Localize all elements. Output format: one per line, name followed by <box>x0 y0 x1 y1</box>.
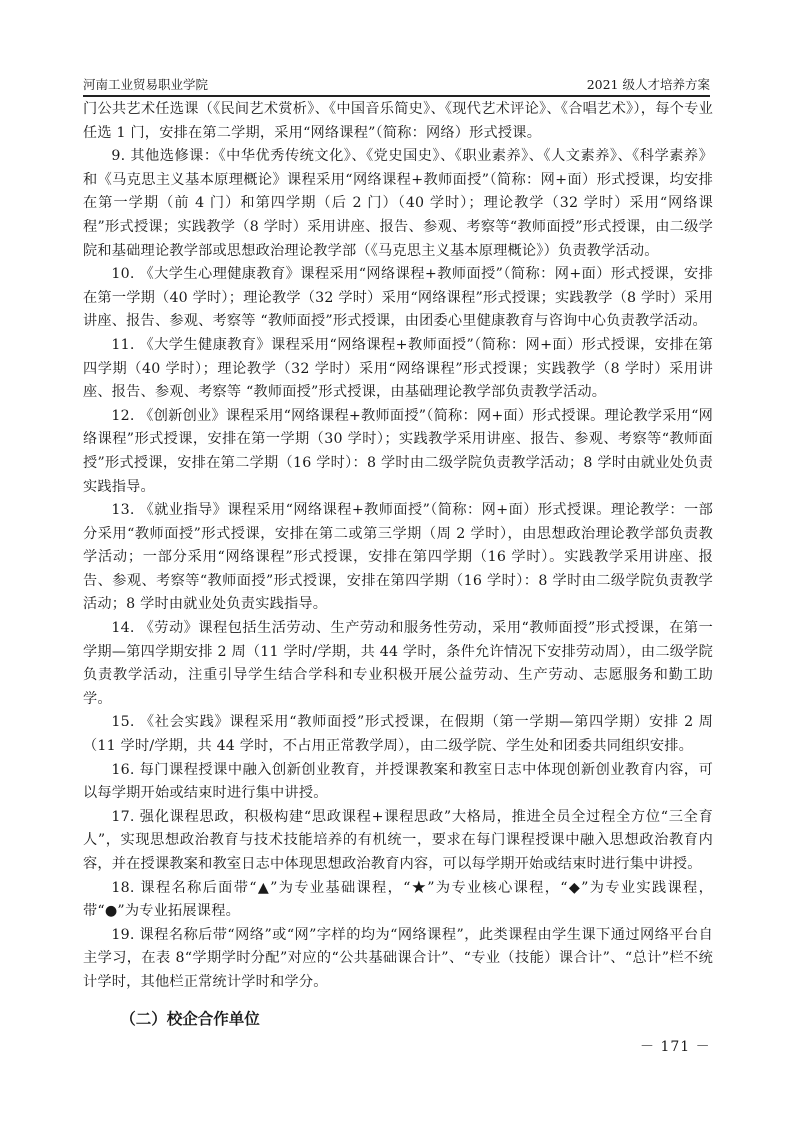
paragraph-item-18: 18. 课程名称后面带“▲”为专业基础课程，“★”为专业核心课程，“◆”为专业实… <box>83 877 713 924</box>
page-header: 河南工业贸易职业学院 2021 级人才培养方案 <box>83 71 710 97</box>
page-number: － 171 － <box>640 1036 711 1056</box>
paragraph-item-11: 11. 《大学生健康教育》课程采用“网络课程+教师面授”（简称：网+面）形式授课… <box>83 334 713 405</box>
paragraph-item-12: 12. 《创新创业》课程采用“网络课程+教师面授”（简称：网+面）形式授课。理论… <box>83 405 713 499</box>
header-institution: 河南工业贸易职业学院 <box>83 75 208 93</box>
header-document-title: 2021 级人才培养方案 <box>587 75 710 93</box>
paragraph-item-14: 14. 《劳动》课程包括生活劳动、生产劳动和服务性劳动，采用“教师面授”形式授课… <box>83 617 713 711</box>
paragraph-item-10: 10. 《大学生心理健康教育》课程采用“网络课程+教师面授”（简称：网+面）形式… <box>83 263 713 334</box>
page-body: 门公共艺术任选课（《民间艺术赏析》、《中国音乐简史》、《现代艺术评论》、《合唱艺… <box>83 98 713 1031</box>
paragraph-item-17: 17. 强化课程思政，积极构建“思政课程+课程思政”大格局，推进全员全过程全方位… <box>83 806 713 877</box>
section-heading: （二）校企合作单位 <box>83 1007 713 1031</box>
paragraph-item-9: 9. 其他选修课：《中华优秀传统文化》、《党史国史》、《职业素养》、《人文素养》… <box>83 145 713 263</box>
paragraph-item-15: 15. 《社会实践》课程采用“教师面授”形式授课，在假期（第一学期—第四学期）安… <box>83 711 713 758</box>
paragraph-item-19: 19. 课程名称后带“网络”或“网”字样的均为“网络课程”，此类课程由学生课下通… <box>83 924 713 995</box>
paragraph-item-16: 16. 每门课程授课中融入创新创业教育，并授课教案和教室日志中体现创新创业教育内… <box>83 759 713 806</box>
paragraph-continuation: 门公共艺术任选课（《民间艺术赏析》、《中国音乐简史》、《现代艺术评论》、《合唱艺… <box>83 98 713 145</box>
paragraph-item-13: 13. 《就业指导》课程采用“网络课程+教师面授”（简称：网+面）形式授课。理论… <box>83 499 713 617</box>
